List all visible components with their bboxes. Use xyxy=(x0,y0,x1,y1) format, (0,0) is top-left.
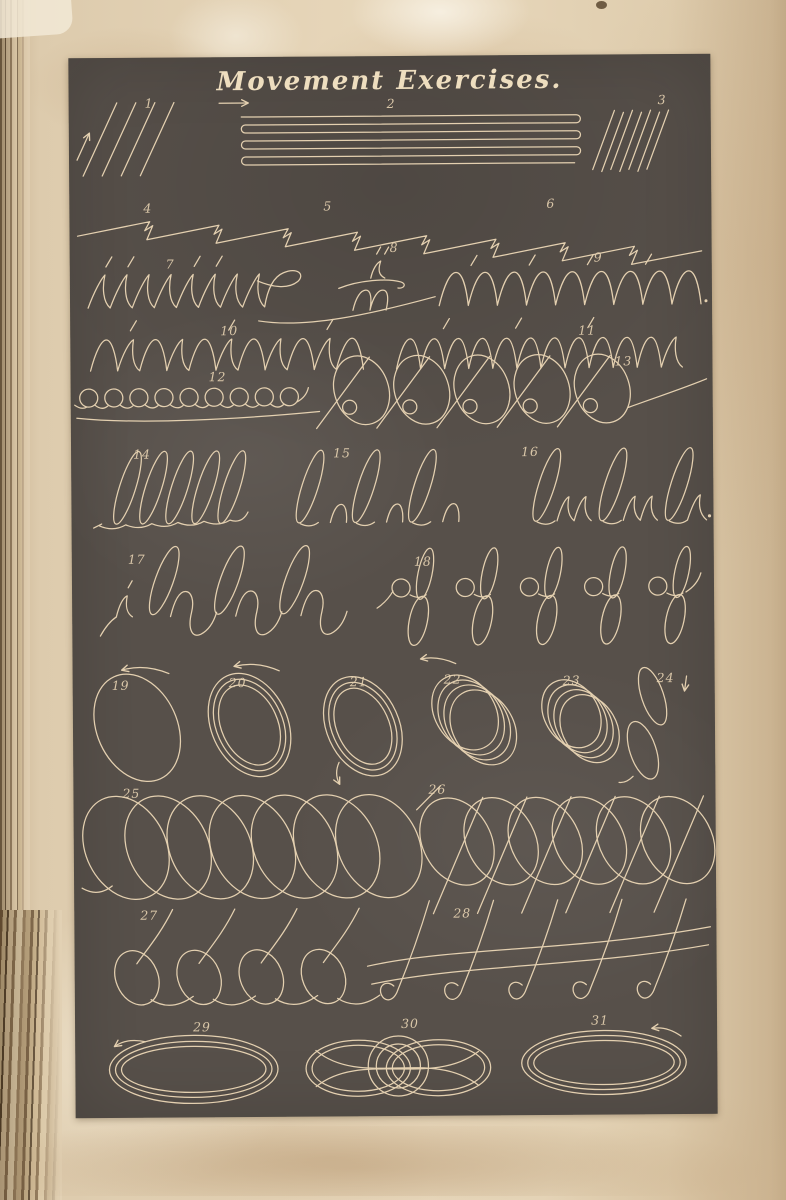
exercise-number-18: 18 xyxy=(414,556,432,569)
exercise-12-small-o-chain xyxy=(75,388,320,422)
exercise-30-horizontal-figure-eight xyxy=(306,1035,491,1096)
exercise-number-8: 8 xyxy=(390,242,399,255)
exercise-number-15: 15 xyxy=(333,447,351,460)
exercise-number-29: 29 xyxy=(193,1021,211,1034)
exercise-number-17: 17 xyxy=(128,554,146,567)
scanned-book-page: Movement Exercises. xyxy=(0,0,786,1200)
exercise-number-10: 10 xyxy=(220,325,238,338)
exercise-number-11: 11 xyxy=(578,325,596,338)
direction-arrow-icon xyxy=(685,676,687,690)
exercise-16-loop-u-chain xyxy=(527,445,711,524)
exercise-number-20: 20 xyxy=(229,677,247,690)
exercise-number-28: 28 xyxy=(453,907,471,920)
exercise-number-5: 5 xyxy=(323,200,332,213)
exercise-number-16: 16 xyxy=(521,446,539,459)
engraved-plate: Movement Exercises. xyxy=(68,54,717,1118)
exercise-2-retrace-lines xyxy=(219,101,581,166)
exercise-13-capital-o-chain xyxy=(316,346,707,432)
exercise-number-12: 12 xyxy=(208,371,226,384)
exercise-number-6: 6 xyxy=(546,198,555,211)
exercise-24-figure-eight xyxy=(618,664,687,783)
direction-arrow-icon xyxy=(653,1028,681,1037)
exercise-3-steep-strokes xyxy=(592,110,669,172)
exercise-31-horizontal-oval xyxy=(521,1028,686,1095)
exercise-number-9: 9 xyxy=(594,252,603,265)
exercise-number-31: 31 xyxy=(591,1015,609,1028)
exercise-number-22: 22 xyxy=(444,674,462,687)
exercise-number-14: 14 xyxy=(133,449,151,462)
exercise-number-23: 23 xyxy=(563,675,581,688)
exercise-number-3: 3 xyxy=(658,94,667,107)
water-stain-band xyxy=(0,1126,786,1196)
exercise-number-13: 13 xyxy=(614,355,632,368)
exercise-22-spiral-ovals xyxy=(418,657,530,777)
direction-arrow-icon xyxy=(123,667,169,674)
page-corner-paper-edge xyxy=(0,0,73,39)
exercise-number-21: 21 xyxy=(350,676,368,689)
exercise-9-n-chain xyxy=(439,254,708,306)
book-binding-edge-lower xyxy=(0,910,62,1200)
exercise-number-4: 4 xyxy=(143,203,152,216)
exercise-14-loop-chain xyxy=(93,448,251,528)
exercise-number-2: 2 xyxy=(387,98,396,111)
exercise-number-25: 25 xyxy=(122,788,140,801)
exercise-29-horizontal-oval xyxy=(109,1035,278,1104)
ink-speck xyxy=(596,1,607,9)
exercise-11-m-chain xyxy=(396,317,682,369)
direction-arrow-icon xyxy=(337,762,340,783)
exercise-number-24: 24 xyxy=(657,672,675,685)
exercise-20-concentric-ovals xyxy=(192,660,307,790)
exercise-27-six-loops xyxy=(106,908,380,1012)
exercise-number-26: 26 xyxy=(428,784,446,797)
exercise-number-7: 7 xyxy=(166,259,175,272)
exercise-19-single-oval xyxy=(77,660,197,796)
exercise-number-27: 27 xyxy=(140,910,158,923)
penmanship-strokes xyxy=(68,54,717,1118)
direction-arrow-icon xyxy=(77,134,89,160)
exercise-28-crossed-stem-loops xyxy=(367,899,711,1000)
exercise-number-19: 19 xyxy=(112,680,130,693)
direction-arrow-icon xyxy=(235,664,279,671)
direction-arrow-icon xyxy=(422,658,456,664)
exercise-26-slashed-ovals xyxy=(405,783,718,914)
exercise-1-slant-strokes xyxy=(77,103,175,177)
exercise-8-u-over-n xyxy=(258,247,435,324)
exercise-number-30: 30 xyxy=(401,1018,419,1031)
exercise-15-loop-i-chain xyxy=(290,447,459,526)
exercise-number-1: 1 xyxy=(145,98,154,111)
exercise-7-u-chain xyxy=(88,256,301,308)
